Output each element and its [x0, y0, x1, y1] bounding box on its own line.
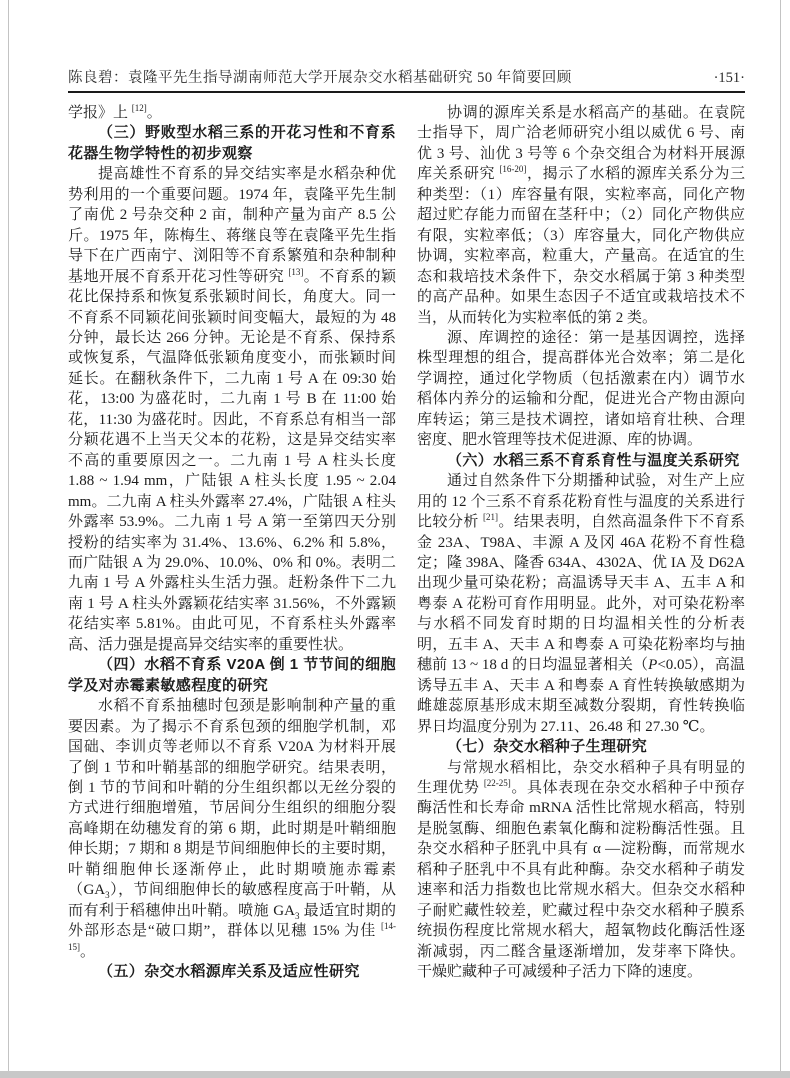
- paragraph: 学报》上 [12]。: [68, 103, 396, 123]
- text-run: 。: [147, 105, 162, 121]
- page-edge-right: [780, 0, 781, 1078]
- text-run: （七）杂交水稻种子生理研究: [447, 738, 647, 755]
- section-heading: （七）杂交水稻种子生理研究: [417, 737, 745, 757]
- section-heading: （五）杂交水稻源库关系及适应性研究: [68, 962, 396, 982]
- running-title: 陈良碧：袁隆平先生指导湖南师范大学开展杂交水稻基础研究 50 年简要回顾: [68, 66, 572, 87]
- header-rule: [68, 91, 745, 93]
- page-header: 陈良碧：袁隆平先生指导湖南师范大学开展杂交水稻基础研究 50 年简要回顾 ·15…: [68, 66, 745, 87]
- paragraph: 源、库调控的途径：第一是基因调控，选择株型理想的组合，提高群体光合效率；第二是化…: [417, 328, 745, 451]
- paragraph: 通过自然条件下分期播种试验，对生产上应用的 12 个三系不育系花粉育性与温度的关…: [417, 471, 745, 737]
- reference-superscript: [12]: [132, 103, 147, 113]
- paragraph: 提高雄性不育系的异交结实率是水稻杂种优势利用的一个重要问题。1974 年，袁隆平…: [68, 164, 396, 655]
- text-run: 水稻不育系抽穗时包颈是影响制种产量的重要因素。为了揭示不育系包颈的细胞学机制，邓…: [68, 698, 396, 898]
- section-heading: （四）水稻不育系 V20A 倒 1 节节间的细胞学及对赤霉素敏感程度的研究: [68, 655, 396, 696]
- reference-superscript: [13]: [288, 267, 303, 277]
- text-run: 。: [80, 944, 95, 960]
- text-run: （五）杂交水稻源库关系及适应性研究: [98, 963, 360, 980]
- italic-run: P: [648, 657, 657, 673]
- text-run: 源、库调控的途径：第一是基因调控，选择株型理想的组合，提高群体光合效率；第二是化…: [417, 330, 745, 448]
- reference-superscript: [16-20]: [499, 164, 526, 174]
- page-number: ·151·: [714, 70, 745, 87]
- text-run: （三）野败型水稻三系的开花习性和不育系花器生物学特性的初步观察: [68, 124, 396, 161]
- text-run: 提高雄性不育系的异交结实率是水稻杂种优势利用的一个重要问题。1974 年，袁隆平…: [68, 166, 396, 284]
- text-run: 。具体表现在杂交水稻种子中预存酶活性和长寿命 mRNA 活性比常规水稻高，特别是…: [417, 780, 745, 980]
- paragraph: 协调的源库关系是水稻高产的基础。在袁院士指导下，周广洽老师研究小组以威优 6 号…: [417, 103, 745, 328]
- text-run: ，揭示了水稻的源库关系分为三种类型：（1）库容量有限，实粒率高，同化产物超过贮存…: [417, 166, 745, 325]
- text-run: 学报》上: [68, 105, 132, 121]
- paragraph: 水稻不育系抽穗时包颈是影响制种产量的重要因素。为了揭示不育系包颈的细胞学机制，邓…: [68, 696, 396, 962]
- right-column: 协调的源库关系是水稻高产的基础。在袁院士指导下，周广洽老师研究小组以威优 6 号…: [417, 103, 745, 982]
- text-run: 。不育系的颖花比保持系和恢复系张颖时间长，角度大。同一不育系不同颖花间张颖时间变…: [68, 269, 396, 653]
- text-run: （六）水稻三系不育系育性与温度关系研究: [447, 452, 740, 469]
- left-column: 学报》上 [12]。（三）野败型水稻三系的开花习性和不育系花器生物学特性的初步观…: [68, 103, 396, 982]
- section-heading: （六）水稻三系不育系育性与温度关系研究: [417, 451, 745, 471]
- page-edge-left: [8, 0, 9, 1078]
- article-body: 学报》上 [12]。（三）野败型水稻三系的开花习性和不育系花器生物学特性的初步观…: [68, 103, 745, 982]
- reference-superscript: [21]: [483, 512, 498, 522]
- section-heading: （三）野败型水稻三系的开花习性和不育系花器生物学特性的初步观察: [68, 123, 396, 164]
- text-run: 。结果表明，自然高温条件下不育系金 23A、T98A、丰源 A 及冈 46A 花…: [417, 514, 745, 673]
- paragraph: 与常规水稻相比，杂交水稻种子具有明显的生理优势 [22-25]。具体表现在杂交水…: [417, 758, 745, 983]
- text-run: （四）水稻不育系 V20A 倒 1 节节间的细胞学及对赤霉素敏感程度的研究: [68, 656, 396, 693]
- reference-superscript: [22-25]: [484, 778, 511, 788]
- page-edge-bottom: [0, 1071, 790, 1078]
